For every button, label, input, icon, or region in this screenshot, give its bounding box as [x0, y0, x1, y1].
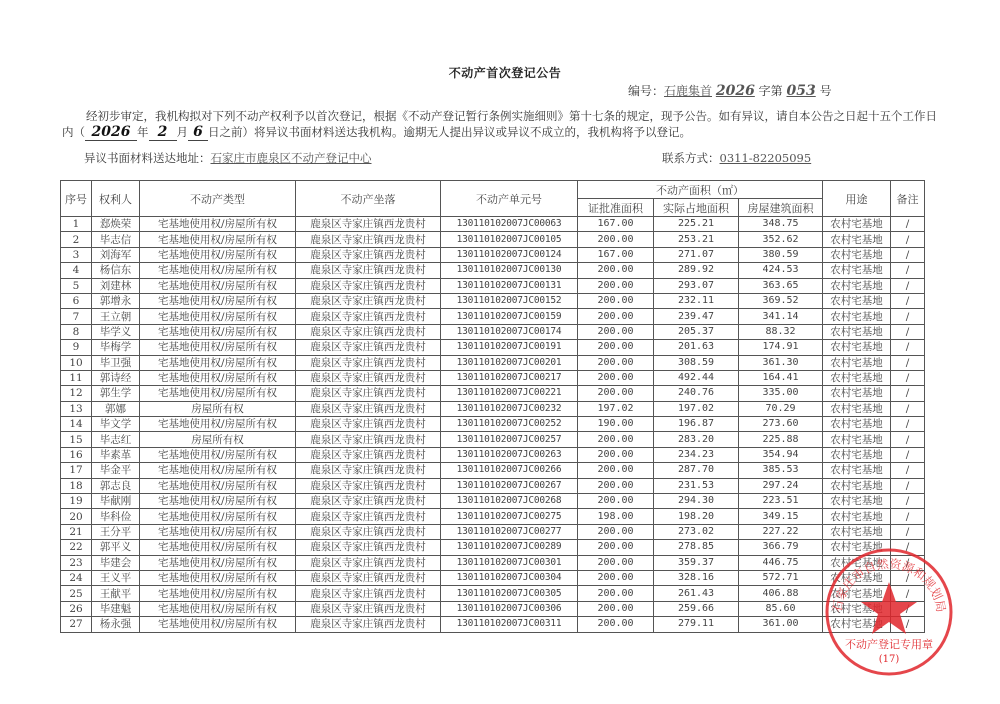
cell-remark: / [891, 401, 925, 416]
cell-unit-no: 130110102007JC00124 [441, 247, 578, 262]
cell-usage: 农村宅基地 [823, 263, 891, 278]
cell-approved-area: 200.00 [578, 463, 654, 478]
cell-location: 鹿泉区寺家庄镇西龙贵村 [296, 232, 441, 247]
cell-type: 宅基地使用权/房屋所有权 [140, 309, 296, 324]
cell-unit-no: 130110102007JC00263 [441, 447, 578, 462]
cell-remark: / [891, 463, 925, 478]
cell-approved-area: 200.00 [578, 293, 654, 308]
header-location: 不动产坐落 [296, 181, 441, 217]
cell-approved-area: 167.00 [578, 217, 654, 232]
cell-location: 鹿泉区寺家庄镇西龙贵村 [296, 293, 441, 308]
table-row: 3刘海军宅基地使用权/房屋所有权鹿泉区寺家庄镇西龙贵村130110102007J… [61, 247, 925, 262]
number-seq: 053 [787, 83, 816, 99]
cell-actual-land-area: 231.53 [654, 478, 739, 493]
cell-type: 房屋所有权 [140, 401, 296, 416]
cell-owner: 王立朝 [92, 309, 140, 324]
number-suffix: 号 [820, 84, 832, 98]
table-row: 21王分平宅基地使用权/房屋所有权鹿泉区寺家庄镇西龙贵村130110102007… [61, 524, 925, 539]
cell-building-area: 297.24 [739, 478, 823, 493]
cell-remark: / [891, 293, 925, 308]
cell-actual-land-area: 328.16 [654, 570, 739, 585]
cell-building-area: 70.29 [739, 401, 823, 416]
cell-remark: / [891, 432, 925, 447]
cell-building-area: 341.14 [739, 309, 823, 324]
header-building-area: 房屋建筑面积 [739, 199, 823, 217]
cell-approved-area: 200.00 [578, 570, 654, 585]
cell-unit-no: 130110102007JC00306 [441, 601, 578, 616]
cell-building-area: 227.22 [739, 524, 823, 539]
cell-actual-land-area: 283.20 [654, 432, 739, 447]
table-row: 5刘建林宅基地使用权/房屋所有权鹿泉区寺家庄镇西龙贵村130110102007J… [61, 278, 925, 293]
cell-approved-area: 200.00 [578, 617, 654, 632]
cell-approved-area: 200.00 [578, 432, 654, 447]
number-label: 编号： [628, 84, 664, 98]
cell-location: 鹿泉区寺家庄镇西龙贵村 [296, 570, 441, 585]
cell-actual-land-area: 287.70 [654, 463, 739, 478]
cell-type: 宅基地使用权/房屋所有权 [140, 540, 296, 555]
cell-building-area: 361.30 [739, 355, 823, 370]
table-row: 12郭生学宅基地使用权/房屋所有权鹿泉区寺家庄镇西龙贵村130110102007… [61, 386, 925, 401]
objection-address: 异议书面材料送达地址：石家庄市鹿泉区不动产登记中心 [84, 150, 372, 166]
registration-table: 序号 权利人 不动产类型 不动产坐落 不动产单元号 不动产面积（㎡） 用途 备注… [60, 180, 925, 633]
cell-remark: / [891, 217, 925, 232]
cell-seq: 8 [61, 324, 92, 339]
table-row: 7王立朝宅基地使用权/房屋所有权鹿泉区寺家庄镇西龙贵村130110102007J… [61, 309, 925, 324]
cell-actual-land-area: 359.37 [654, 555, 739, 570]
header-remark: 备注 [891, 181, 925, 217]
cell-location: 鹿泉区寺家庄镇西龙贵村 [296, 386, 441, 401]
cell-type: 宅基地使用权/房屋所有权 [140, 232, 296, 247]
cell-owner: 刘海军 [92, 247, 140, 262]
cell-remark: / [891, 278, 925, 293]
cell-type: 宅基地使用权/房屋所有权 [140, 293, 296, 308]
table-row: 9毕梅学宅基地使用权/房屋所有权鹿泉区寺家庄镇西龙贵村130110102007J… [61, 340, 925, 355]
table-row: 22郭平义宅基地使用权/房屋所有权鹿泉区寺家庄镇西龙贵村130110102007… [61, 540, 925, 555]
cell-owner: 王分平 [92, 524, 140, 539]
cell-approved-area: 200.00 [578, 555, 654, 570]
cell-seq: 15 [61, 432, 92, 447]
cell-actual-land-area: 271.07 [654, 247, 739, 262]
cell-usage: 农村宅基地 [823, 232, 891, 247]
cell-location: 鹿泉区寺家庄镇西龙贵村 [296, 278, 441, 293]
cell-type: 宅基地使用权/房屋所有权 [140, 586, 296, 601]
cell-unit-no: 130110102007JC00301 [441, 555, 578, 570]
cell-seq: 23 [61, 555, 92, 570]
cell-building-area: 406.88 [739, 586, 823, 601]
cell-seq: 14 [61, 417, 92, 432]
cell-unit-no: 130110102007JC00174 [441, 324, 578, 339]
cell-building-area: 174.91 [739, 340, 823, 355]
document-title: 不动产首次登记公告 [0, 64, 1000, 81]
table-row: 20毕科俭宅基地使用权/房屋所有权鹿泉区寺家庄镇西龙贵村130110102007… [61, 509, 925, 524]
cell-building-area: 225.88 [739, 432, 823, 447]
cell-location: 鹿泉区寺家庄镇西龙贵村 [296, 217, 441, 232]
cell-unit-no: 130110102007JC00311 [441, 617, 578, 632]
cell-owner: 杨永强 [92, 617, 140, 632]
cell-building-area: 572.71 [739, 570, 823, 585]
cell-owner: 郄焕荣 [92, 217, 140, 232]
cell-remark: / [891, 263, 925, 278]
table-row: 24王义平宅基地使用权/房屋所有权鹿泉区寺家庄镇西龙贵村130110102007… [61, 570, 925, 585]
cell-location: 鹿泉区寺家庄镇西龙贵村 [296, 540, 441, 555]
cell-approved-area: 190.00 [578, 417, 654, 432]
cell-seq: 12 [61, 386, 92, 401]
cell-location: 鹿泉区寺家庄镇西龙贵村 [296, 370, 441, 385]
cell-seq: 2 [61, 232, 92, 247]
cell-location: 鹿泉区寺家庄镇西龙贵村 [296, 463, 441, 478]
cell-actual-land-area: 294.30 [654, 494, 739, 509]
number-prefix: 石鹿集首 [664, 84, 712, 98]
cell-seq: 1 [61, 217, 92, 232]
cell-location: 鹿泉区寺家庄镇西龙贵村 [296, 617, 441, 632]
table-row: 18郭志良宅基地使用权/房屋所有权鹿泉区寺家庄镇西龙贵村130110102007… [61, 478, 925, 493]
cell-approved-area: 200.00 [578, 309, 654, 324]
cell-remark: / [891, 247, 925, 262]
cell-actual-land-area: 198.20 [654, 509, 739, 524]
cell-seq: 24 [61, 570, 92, 585]
cell-usage: 农村宅基地 [823, 586, 891, 601]
deadline-day: 6 [188, 124, 208, 141]
cell-unit-no: 130110102007JC00252 [441, 417, 578, 432]
cell-type: 宅基地使用权/房屋所有权 [140, 355, 296, 370]
cell-unit-no: 130110102007JC00131 [441, 278, 578, 293]
cell-usage: 农村宅基地 [823, 463, 891, 478]
cell-location: 鹿泉区寺家庄镇西龙贵村 [296, 555, 441, 570]
cell-building-area: 273.60 [739, 417, 823, 432]
cell-building-area: 335.00 [739, 386, 823, 401]
cell-type: 宅基地使用权/房屋所有权 [140, 524, 296, 539]
cell-actual-land-area: 201.63 [654, 340, 739, 355]
cell-building-area: 349.15 [739, 509, 823, 524]
cell-location: 鹿泉区寺家庄镇西龙贵村 [296, 478, 441, 493]
header-owner: 权利人 [92, 181, 140, 217]
cell-approved-area: 167.00 [578, 247, 654, 262]
cell-usage: 农村宅基地 [823, 509, 891, 524]
table-row: 2毕志信宅基地使用权/房屋所有权鹿泉区寺家庄镇西龙贵村130110102007J… [61, 232, 925, 247]
cell-actual-land-area: 239.47 [654, 309, 739, 324]
table-row: 17毕金平宅基地使用权/房屋所有权鹿泉区寺家庄镇西龙贵村130110102007… [61, 463, 925, 478]
table-row: 10毕卫强宅基地使用权/房屋所有权鹿泉区寺家庄镇西龙贵村130110102007… [61, 355, 925, 370]
cell-type: 宅基地使用权/房屋所有权 [140, 263, 296, 278]
cell-remark: / [891, 370, 925, 385]
cell-usage: 农村宅基地 [823, 432, 891, 447]
cell-unit-no: 130110102007JC00152 [441, 293, 578, 308]
number-year: 2026 [716, 83, 755, 99]
cell-owner: 毕建魁 [92, 601, 140, 616]
document-number: 编号：石鹿集首 2026 字第 053 号 [628, 82, 832, 99]
table-row: 4杨信东宅基地使用权/房屋所有权鹿泉区寺家庄镇西龙贵村130110102007J… [61, 263, 925, 278]
cell-location: 鹿泉区寺家庄镇西龙贵村 [296, 340, 441, 355]
cell-actual-land-area: 273.02 [654, 524, 739, 539]
cell-location: 鹿泉区寺家庄镇西龙贵村 [296, 417, 441, 432]
cell-unit-no: 130110102007JC00257 [441, 432, 578, 447]
seal-code-text: (17) [879, 654, 900, 665]
notice-text-2: 日之前）将异议书面材料送达我机构。逾期无人提出异议或异议不成立的，我机构将予以登… [208, 125, 691, 139]
cell-usage: 农村宅基地 [823, 340, 891, 355]
cell-remark: / [891, 540, 925, 555]
cell-usage: 农村宅基地 [823, 447, 891, 462]
cell-type: 宅基地使用权/房屋所有权 [140, 447, 296, 462]
cell-unit-no: 130110102007JC00267 [441, 478, 578, 493]
cell-actual-land-area: 205.37 [654, 324, 739, 339]
header-usage: 用途 [823, 181, 891, 217]
cell-location: 鹿泉区寺家庄镇西龙贵村 [296, 355, 441, 370]
cell-type: 宅基地使用权/房屋所有权 [140, 370, 296, 385]
table-body: 1郄焕荣宅基地使用权/房屋所有权鹿泉区寺家庄镇西龙贵村130110102007J… [61, 217, 925, 633]
cell-building-area: 366.79 [739, 540, 823, 555]
header-type: 不动产类型 [140, 181, 296, 217]
address-label: 异议书面材料送达地址： [84, 151, 211, 165]
cell-actual-land-area: 492.44 [654, 370, 739, 385]
cell-building-area: 164.41 [739, 370, 823, 385]
cell-usage: 农村宅基地 [823, 478, 891, 493]
cell-location: 鹿泉区寺家庄镇西龙贵村 [296, 586, 441, 601]
cell-approved-area: 200.00 [578, 586, 654, 601]
header-seq: 序号 [61, 181, 92, 217]
cell-seq: 16 [61, 447, 92, 462]
cell-owner: 毕金平 [92, 463, 140, 478]
cell-owner: 毕科俭 [92, 509, 140, 524]
cell-actual-land-area: 261.43 [654, 586, 739, 601]
cell-approved-area: 200.00 [578, 340, 654, 355]
cell-usage: 农村宅基地 [823, 247, 891, 262]
cell-owner: 毕梅学 [92, 340, 140, 355]
cell-usage: 农村宅基地 [823, 386, 891, 401]
cell-remark: / [891, 494, 925, 509]
cell-type: 宅基地使用权/房屋所有权 [140, 601, 296, 616]
number-mid: 字第 [759, 84, 783, 98]
cell-seq: 21 [61, 524, 92, 539]
header-actual-land-area: 实际占地面积 [654, 199, 739, 217]
cell-remark: / [891, 509, 925, 524]
cell-seq: 26 [61, 601, 92, 616]
cell-seq: 13 [61, 401, 92, 416]
contact-info: 联系方式：0311-82205095 [662, 150, 811, 166]
cell-type: 宅基地使用权/房屋所有权 [140, 478, 296, 493]
deadline-month: 2 [149, 124, 177, 141]
cell-remark: / [891, 478, 925, 493]
cell-usage: 农村宅基地 [823, 324, 891, 339]
cell-owner: 刘建林 [92, 278, 140, 293]
cell-unit-no: 130110102007JC00130 [441, 263, 578, 278]
table-row: 11郭诗经宅基地使用权/房屋所有权鹿泉区寺家庄镇西龙贵村130110102007… [61, 370, 925, 385]
cell-usage: 农村宅基地 [823, 278, 891, 293]
cell-remark: / [891, 570, 925, 585]
cell-actual-land-area: 259.66 [654, 601, 739, 616]
contact-label: 联系方式： [662, 151, 720, 165]
cell-approved-area: 197.02 [578, 401, 654, 416]
cell-approved-area: 200.00 [578, 278, 654, 293]
cell-building-area: 369.52 [739, 293, 823, 308]
header-approved-area: 证批准面积 [578, 199, 654, 217]
cell-type: 宅基地使用权/房屋所有权 [140, 463, 296, 478]
cell-remark: / [891, 524, 925, 539]
cell-owner: 毕献刚 [92, 494, 140, 509]
cell-remark: / [891, 309, 925, 324]
table-row: 23毕建会宅基地使用权/房屋所有权鹿泉区寺家庄镇西龙贵村130110102007… [61, 555, 925, 570]
cell-unit-no: 130110102007JC00266 [441, 463, 578, 478]
cell-seq: 7 [61, 309, 92, 324]
table-row: 25王献平宅基地使用权/房屋所有权鹿泉区寺家庄镇西龙贵村130110102007… [61, 586, 925, 601]
table-header: 序号 权利人 不动产类型 不动产坐落 不动产单元号 不动产面积（㎡） 用途 备注… [61, 181, 925, 217]
cell-remark: / [891, 232, 925, 247]
cell-usage: 农村宅基地 [823, 540, 891, 555]
cell-location: 鹿泉区寺家庄镇西龙贵村 [296, 524, 441, 539]
cell-seq: 10 [61, 355, 92, 370]
cell-usage: 农村宅基地 [823, 401, 891, 416]
cell-approved-area: 198.00 [578, 509, 654, 524]
cell-unit-no: 130110102007JC00289 [441, 540, 578, 555]
cell-building-area: 354.94 [739, 447, 823, 462]
cell-usage: 农村宅基地 [823, 417, 891, 432]
cell-actual-land-area: 225.21 [654, 217, 739, 232]
cell-approved-area: 200.00 [578, 524, 654, 539]
cell-owner: 郭生学 [92, 386, 140, 401]
cell-remark: / [891, 324, 925, 339]
cell-location: 鹿泉区寺家庄镇西龙贵村 [296, 263, 441, 278]
year-char: 年 [137, 125, 149, 139]
cell-type: 宅基地使用权/房屋所有权 [140, 494, 296, 509]
cell-unit-no: 130110102007JC00232 [441, 401, 578, 416]
cell-unit-no: 130110102007JC00063 [441, 217, 578, 232]
cell-seq: 5 [61, 278, 92, 293]
cell-owner: 郭增永 [92, 293, 140, 308]
cell-owner: 毕建会 [92, 555, 140, 570]
cell-remark: / [891, 586, 925, 601]
contact-value: 0311-82205095 [720, 151, 812, 165]
cell-usage: 农村宅基地 [823, 309, 891, 324]
cell-approved-area: 200.00 [578, 447, 654, 462]
cell-type: 房屋所有权 [140, 432, 296, 447]
cell-usage: 农村宅基地 [823, 370, 891, 385]
cell-owner: 毕学义 [92, 324, 140, 339]
cell-usage: 农村宅基地 [823, 617, 891, 632]
cell-building-area: 352.62 [739, 232, 823, 247]
table-row: 8毕学义宅基地使用权/房屋所有权鹿泉区寺家庄镇西龙贵村130110102007J… [61, 324, 925, 339]
cell-usage: 农村宅基地 [823, 355, 891, 370]
cell-actual-land-area: 308.59 [654, 355, 739, 370]
table-row: 1郄焕荣宅基地使用权/房屋所有权鹿泉区寺家庄镇西龙贵村130110102007J… [61, 217, 925, 232]
cell-location: 鹿泉区寺家庄镇西龙贵村 [296, 432, 441, 447]
cell-building-area: 85.60 [739, 601, 823, 616]
cell-owner: 王献平 [92, 586, 140, 601]
cell-unit-no: 130110102007JC00268 [441, 494, 578, 509]
cell-owner: 郭娜 [92, 401, 140, 416]
seal-bottom-text: 不动产登记专用章 [845, 637, 933, 651]
cell-remark: / [891, 355, 925, 370]
cell-usage: 农村宅基地 [823, 524, 891, 539]
cell-unit-no: 130110102007JC00105 [441, 232, 578, 247]
cell-owner: 王义平 [92, 570, 140, 585]
cell-type: 宅基地使用权/房屋所有权 [140, 386, 296, 401]
cell-usage: 农村宅基地 [823, 601, 891, 616]
cell-usage: 农村宅基地 [823, 570, 891, 585]
cell-unit-no: 130110102007JC00217 [441, 370, 578, 385]
cell-type: 宅基地使用权/房屋所有权 [140, 509, 296, 524]
cell-approved-area: 200.00 [578, 232, 654, 247]
cell-building-area: 223.51 [739, 494, 823, 509]
cell-unit-no: 130110102007JC00201 [441, 355, 578, 370]
cell-actual-land-area: 234.23 [654, 447, 739, 462]
cell-unit-no: 130110102007JC00305 [441, 586, 578, 601]
cell-owner: 郭平义 [92, 540, 140, 555]
cell-seq: 11 [61, 370, 92, 385]
cell-seq: 20 [61, 509, 92, 524]
cell-usage: 农村宅基地 [823, 555, 891, 570]
cell-actual-land-area: 197.02 [654, 401, 739, 416]
cell-seq: 3 [61, 247, 92, 262]
notice-paragraph: 经初步审定，我机构拟对下列不动产权利予以首次登记，根据《不动产登记暂行条例实施细… [62, 108, 942, 141]
cell-location: 鹿泉区寺家庄镇西龙贵村 [296, 247, 441, 262]
cell-seq: 6 [61, 293, 92, 308]
cell-approved-area: 200.00 [578, 263, 654, 278]
table-row: 15毕志红房屋所有权鹿泉区寺家庄镇西龙贵村130110102007JC00257… [61, 432, 925, 447]
cell-approved-area: 200.00 [578, 478, 654, 493]
cell-type: 宅基地使用权/房屋所有权 [140, 555, 296, 570]
cell-type: 宅基地使用权/房屋所有权 [140, 278, 296, 293]
cell-owner: 毕素革 [92, 447, 140, 462]
cell-seq: 27 [61, 617, 92, 632]
cell-owner: 杨信东 [92, 263, 140, 278]
cell-type: 宅基地使用权/房屋所有权 [140, 417, 296, 432]
cell-owner: 郭诗经 [92, 370, 140, 385]
cell-type: 宅基地使用权/房屋所有权 [140, 570, 296, 585]
cell-building-area: 88.32 [739, 324, 823, 339]
cell-seq: 4 [61, 263, 92, 278]
cell-building-area: 363.65 [739, 278, 823, 293]
table-row: 16毕素革宅基地使用权/房屋所有权鹿泉区寺家庄镇西龙贵村130110102007… [61, 447, 925, 462]
cell-remark: / [891, 417, 925, 432]
cell-actual-land-area: 293.07 [654, 278, 739, 293]
cell-building-area: 424.53 [739, 263, 823, 278]
cell-seq: 18 [61, 478, 92, 493]
cell-unit-no: 130110102007JC00275 [441, 509, 578, 524]
cell-type: 宅基地使用权/房屋所有权 [140, 340, 296, 355]
cell-building-area: 380.59 [739, 247, 823, 262]
cell-location: 鹿泉区寺家庄镇西龙贵村 [296, 447, 441, 462]
cell-location: 鹿泉区寺家庄镇西龙贵村 [296, 309, 441, 324]
cell-building-area: 446.75 [739, 555, 823, 570]
table-row: 13郭娜房屋所有权鹿泉区寺家庄镇西龙贵村130110102007JC002321… [61, 401, 925, 416]
cell-remark: / [891, 386, 925, 401]
cell-location: 鹿泉区寺家庄镇西龙贵村 [296, 509, 441, 524]
table-row: 6郭增永宅基地使用权/房屋所有权鹿泉区寺家庄镇西龙贵村130110102007J… [61, 293, 925, 308]
cell-actual-land-area: 279.11 [654, 617, 739, 632]
table-row: 26毕建魁宅基地使用权/房屋所有权鹿泉区寺家庄镇西龙贵村130110102007… [61, 601, 925, 616]
cell-seq: 25 [61, 586, 92, 601]
cell-unit-no: 130110102007JC00304 [441, 570, 578, 585]
cell-actual-land-area: 289.92 [654, 263, 739, 278]
cell-unit-no: 130110102007JC00159 [441, 309, 578, 324]
cell-owner: 毕志信 [92, 232, 140, 247]
cell-remark: / [891, 617, 925, 632]
cell-type: 宅基地使用权/房屋所有权 [140, 217, 296, 232]
cell-approved-area: 200.00 [578, 355, 654, 370]
cell-location: 鹿泉区寺家庄镇西龙贵村 [296, 324, 441, 339]
cell-type: 宅基地使用权/房屋所有权 [140, 324, 296, 339]
cell-remark: / [891, 447, 925, 462]
cell-seq: 19 [61, 494, 92, 509]
cell-seq: 9 [61, 340, 92, 355]
cell-owner: 毕文学 [92, 417, 140, 432]
cell-actual-land-area: 232.11 [654, 293, 739, 308]
cell-remark: / [891, 601, 925, 616]
cell-seq: 22 [61, 540, 92, 555]
month-char: 月 [177, 125, 189, 139]
cell-actual-land-area: 196.87 [654, 417, 739, 432]
header-unit-no: 不动产单元号 [441, 181, 578, 217]
cell-type: 宅基地使用权/房屋所有权 [140, 617, 296, 632]
